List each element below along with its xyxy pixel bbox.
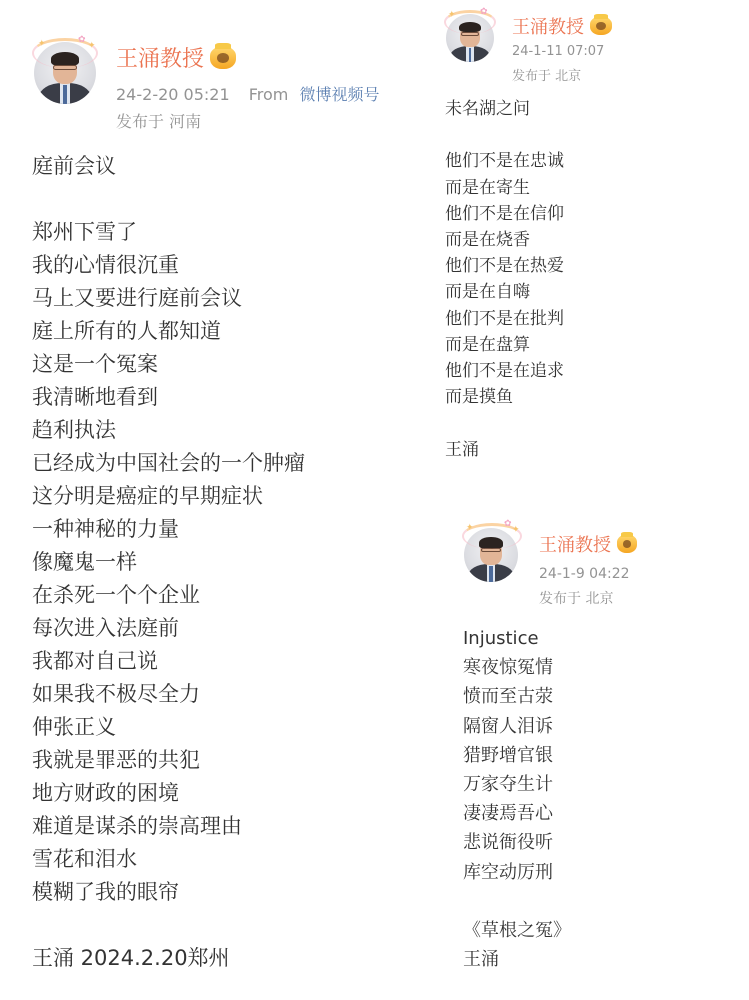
poem-line: 难道是谋杀的崇高理由 — [32, 810, 305, 843]
sparkle-icon: ✦ — [512, 526, 520, 535]
poem-line: 每次进入法庭前 — [32, 612, 305, 645]
poem-line: 马上又要进行庭前会议 — [32, 282, 305, 315]
poem-line: 悲说衙役听 — [463, 828, 571, 857]
sparkle-icon: ✦ — [38, 40, 46, 49]
post-body: 庭前会议 郑州下雪了 我的心情很沉重 马上又要进行庭前会议 庭上所有的人都知道 … — [32, 150, 305, 975]
post-timestamp[interactable]: 24-1-11 07:07 — [512, 44, 604, 59]
blank-line — [32, 183, 305, 216]
poem-line: 地方财政的困境 — [32, 777, 305, 810]
poem-line: 而是在盘算 — [445, 332, 564, 358]
poem-line: 而是在自嗨 — [445, 279, 564, 305]
post-meta: 24-1-9 04:22 F — [539, 566, 645, 582]
poem-line: 我都对自己说 — [32, 645, 305, 678]
post-location: 发布于 河南 — [116, 109, 201, 132]
poem-line: 而是摸鱼 — [445, 384, 564, 410]
blank-line — [463, 887, 571, 916]
blank-line — [445, 122, 564, 148]
poem-line: 在杀死一个个企业 — [32, 579, 305, 612]
post-timestamp[interactable]: 24-1-9 04:22 — [539, 566, 630, 582]
poem-line: 他们不是在忠诚 — [445, 148, 564, 174]
post-title: 庭前会议 — [32, 150, 305, 183]
author-row: 王涌教授 — [512, 13, 612, 39]
poem-line: 凄凄焉吾心 — [463, 799, 571, 828]
poem-line: 这是一个冤案 — [32, 348, 305, 381]
poem-line: 寒夜惊冤情 — [463, 653, 571, 682]
post-title: 未名湖之问 — [445, 96, 564, 122]
poem-line: 而是在烧香 — [445, 227, 564, 253]
sparkle-icon: ✿ — [480, 8, 488, 17]
weibo-post-injustice: ✦ ✿ ✦ 王涌教授 24-1-9 04:22 F 发布于 北京 Injusti… — [450, 510, 645, 1000]
poem-line: 他们不是在追求 — [445, 358, 564, 384]
weibo-post-zhengzhou: ✦ ✿ ✦ 王涌教授 24-2-20 05:21 From 微博视频号 发布于 … — [0, 0, 380, 1000]
username-link[interactable]: 王涌教授 — [512, 13, 584, 39]
poem-line: 已经成为中国社会的一个肿瘤 — [32, 447, 305, 480]
truncated-source-text: F — [644, 566, 645, 582]
screenshot-collage: ✦ ✿ ✦ 王涌教授 24-2-20 05:21 From 微博视频号 发布于 … — [0, 0, 749, 1000]
poem-line: 雪花和泪水 — [32, 843, 305, 876]
poem-signature: 王涌 — [463, 945, 571, 974]
poem-line: 他们不是在批判 — [445, 306, 564, 332]
sparkle-icon: ✿ — [504, 520, 512, 529]
author-row: 王涌教授 — [116, 42, 236, 73]
post-title: Injustice — [463, 624, 571, 653]
poem-line: 我的心情很沉重 — [32, 249, 305, 282]
crown-icon[interactable] — [210, 47, 236, 69]
poem-line: 万家夺生计 — [463, 770, 571, 799]
post-body: Injustice 寒夜惊冤情 愤而至古荥 隔窗人泪诉 猎野增官银 万家夺生计 … — [463, 624, 571, 974]
blank-line — [445, 410, 564, 436]
poem-line: 趋利执法 — [32, 414, 305, 447]
avatar[interactable]: ✦ ✿ — [444, 8, 496, 64]
poem-line: 而是在寄生 — [445, 175, 564, 201]
username-link[interactable]: 王涌教授 — [116, 42, 204, 73]
poem-line: 庭上所有的人都知道 — [32, 315, 305, 348]
post-meta: 24-2-20 05:21 From 微博视频号 — [116, 82, 379, 105]
poem-line: 一种神秘的力量 — [32, 513, 305, 546]
from-label: From — [249, 85, 289, 104]
poem-line: 模糊了我的眼帘 — [32, 876, 305, 909]
poem-line: 我就是罪恶的共犯 — [32, 744, 305, 777]
post-location: 发布于 北京 — [539, 588, 613, 608]
poem-line: 猎野增官银 — [463, 741, 571, 770]
poem-line: 我清晰地看到 — [32, 381, 305, 414]
poem-line: 库空动厉刑 — [463, 858, 571, 887]
poem-line: 他们不是在信仰 — [445, 201, 564, 227]
weibo-post-weiming-lake: ✦ ✿ 王涌教授 24-1-11 07:07 发布于 北京 未名湖之问 他们不是… — [430, 0, 749, 480]
poem-line: 他们不是在热爱 — [445, 253, 564, 279]
post-body: 未名湖之问 他们不是在忠诚 而是在寄生 他们不是在信仰 而是在烧香 他们不是在热… — [445, 96, 564, 463]
crown-icon[interactable] — [590, 17, 612, 35]
poem-line: 伸张正义 — [32, 711, 305, 744]
sparkle-icon: ✦ — [88, 42, 96, 51]
poem-subtitle: 《草根之冤》 — [463, 916, 571, 945]
blank-line — [32, 909, 305, 942]
poem-line: 郑州下雪了 — [32, 216, 305, 249]
username-link[interactable]: 王涌教授 — [539, 531, 611, 557]
avatar[interactable]: ✦ ✿ ✦ — [32, 36, 98, 106]
sparkle-icon: ✦ — [466, 524, 474, 533]
poem-signature: 王涌 — [445, 437, 564, 463]
poem-line: 这分明是癌症的早期症状 — [32, 480, 305, 513]
post-location: 发布于 北京 — [512, 65, 581, 84]
crown-icon[interactable] — [617, 535, 637, 553]
author-row: 王涌教授 — [539, 531, 637, 557]
poem-line: 像魔鬼一样 — [32, 546, 305, 579]
sparkle-icon: ✿ — [78, 36, 86, 45]
poem-signature: 王涌 2024.2.20郑州 — [32, 942, 305, 975]
poem-line: 如果我不极尽全力 — [32, 678, 305, 711]
post-meta: 24-1-11 07:07 — [512, 44, 604, 59]
source-link[interactable]: 微博视频号 — [299, 85, 379, 104]
avatar[interactable]: ✦ ✿ ✦ — [462, 520, 522, 584]
post-timestamp[interactable]: 24-2-20 05:21 — [116, 85, 230, 104]
sparkle-icon: ✦ — [448, 11, 456, 20]
poem-line: 愤而至古荥 — [463, 682, 571, 711]
poem-line: 隔窗人泪诉 — [463, 712, 571, 741]
